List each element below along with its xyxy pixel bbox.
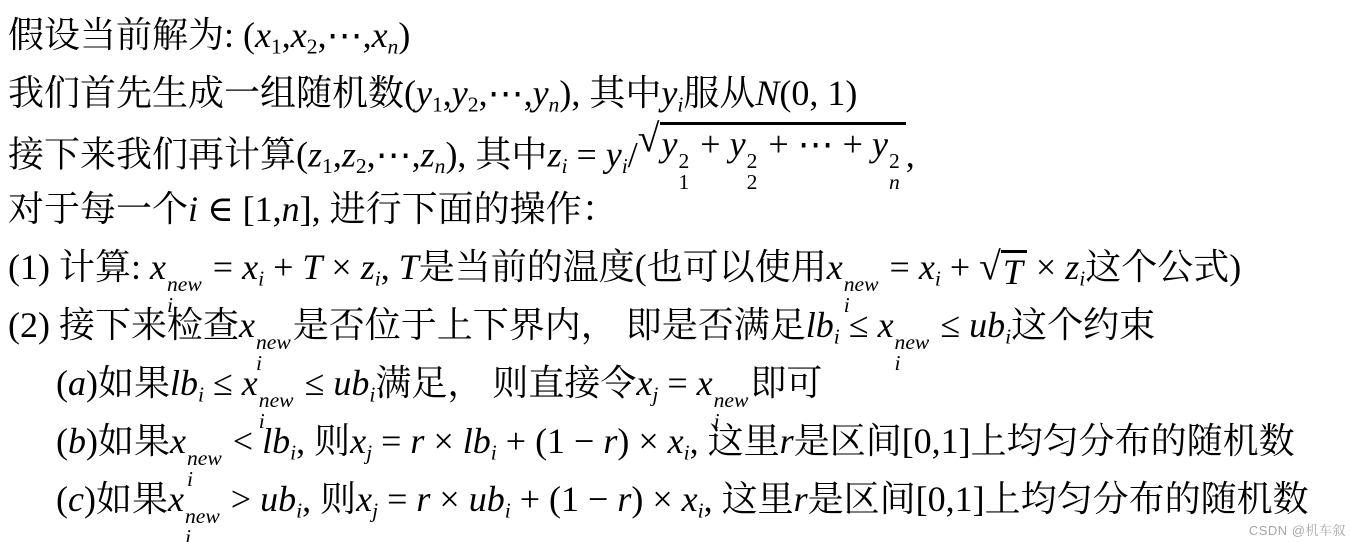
sqrt-radical: √T (979, 250, 1027, 292)
sup-sub-stack: newi (895, 332, 930, 375)
text-line: (b)如果xnewi < lbi, 则xj = r × lbi + (1 − r… (56, 412, 1351, 470)
sup-sub-stack: newi (185, 506, 220, 542)
text-line: (a)如果lbi ≤ xnewi ≤ ubi满足， 则直接令xj = xnewi… (56, 354, 1351, 412)
text-line: 我们首先生成一组随机数(y1,y2,⋯,yn), 其中yi服从N(0, 1) (8, 64, 1351, 122)
text-line: (1) 计算: xnewi = xi + T × zi, T是当前的温度(也可以… (8, 238, 1351, 296)
text-line: 接下来我们再计算(z1,z2,⋯,zn), 其中zi = yi/√y21 + y… (8, 122, 1351, 180)
document-body: 假设当前解为: (x1,x2,⋯,xn)我们首先生成一组随机数(y1,y2,⋯,… (0, 0, 1351, 528)
text-line: 假设当前解为: (x1,x2,⋯,xn) (8, 6, 1351, 64)
watermark: CSDN @机车叙 (1249, 520, 1346, 539)
sup-sub-stack: 21 (678, 151, 689, 194)
sqrt-radical: √y21 + y22 + ⋯ + y2n (638, 122, 906, 194)
text-line: (c)如果xnewi > ubi, 则xj = r × ubi + (1 − r… (56, 470, 1351, 528)
sup-sub-stack: 22 (747, 151, 758, 194)
text-line: (2) 接下来检查xnewi是否位于上下界内， 即是否满足lbi ≤ xnewi… (8, 296, 1351, 354)
sup-sub-stack: 2n (889, 151, 900, 194)
